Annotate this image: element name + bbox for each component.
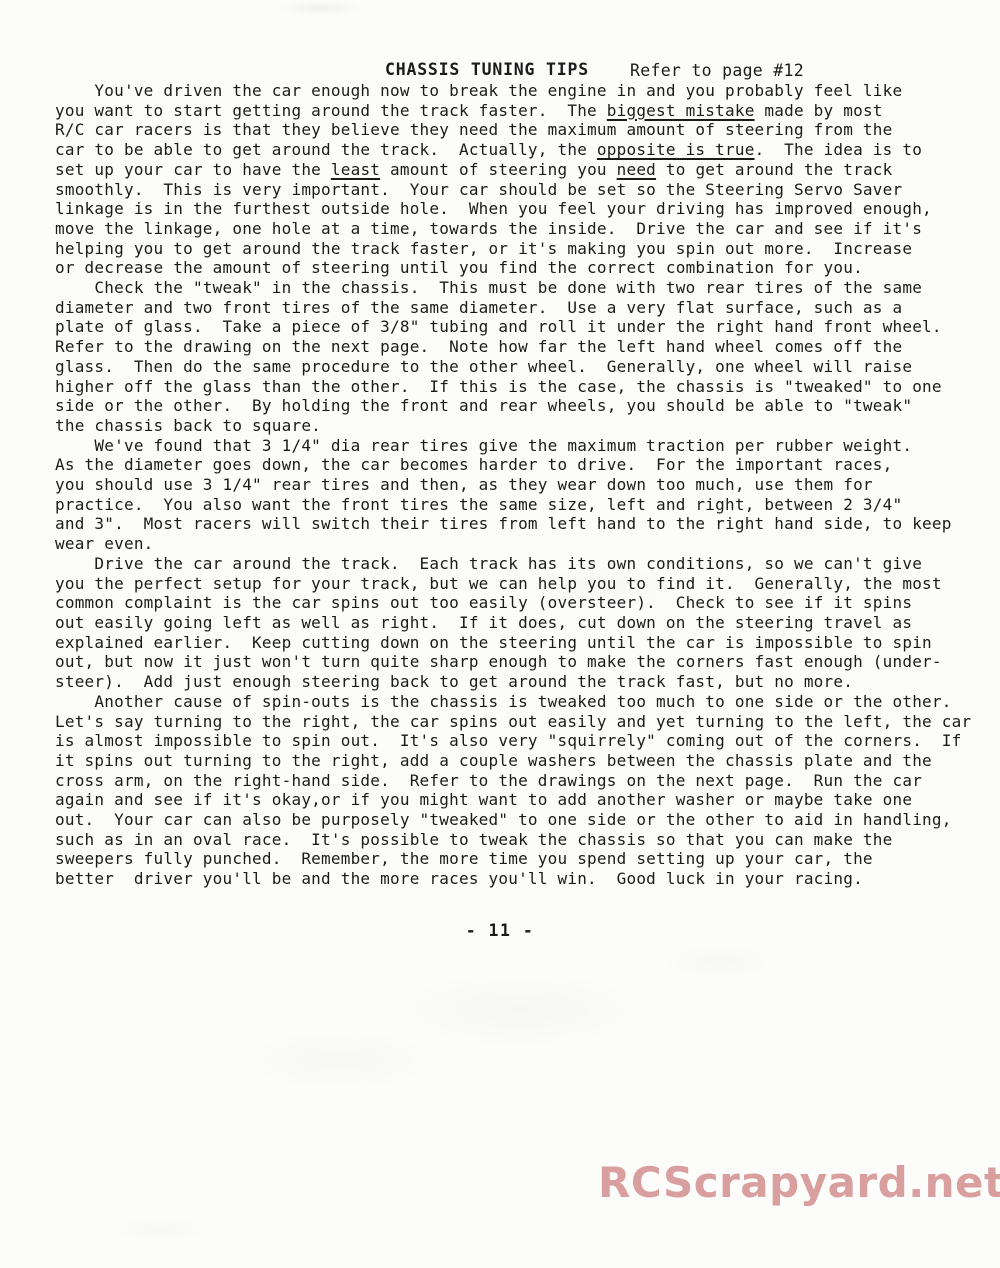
text-segment: glass. Then do the same procedure to the… — [55, 357, 912, 376]
text-line: out easily going left as well as right. … — [55, 613, 985, 633]
text-segment: side or the other. By holding the front … — [55, 396, 912, 415]
text-segment: common complaint is the car spins out to… — [55, 593, 912, 612]
text-segment: it spins out turning to the right, add a… — [55, 751, 932, 770]
text-line: you the perfect setup for your track, bu… — [55, 574, 985, 594]
text-segment: and 3". Most racers will switch their ti… — [55, 514, 952, 533]
text-segment: Another cause of spin-outs is the chassi… — [55, 692, 952, 711]
text-segment: linkage is in the furthest outside hole.… — [55, 199, 932, 218]
text-segment: smoothly. This is very important. Your c… — [55, 180, 902, 199]
text-line: it spins out turning to the right, add a… — [55, 751, 985, 771]
text-segment: you should use 3 1/4" rear tires and the… — [55, 475, 873, 494]
text-segment: out. Your car can also be purposely "twe… — [55, 810, 952, 829]
page-reference-note: Refer to page #12 — [630, 61, 804, 80]
text-line: the chassis back to square. — [55, 416, 985, 436]
watermark: RCScrapyard.net — [598, 1158, 998, 1207]
text-line: plate of glass. Take a piece of 3/8" tub… — [55, 317, 985, 337]
text-line: out, but now it just won't turn quite sh… — [55, 652, 985, 672]
text-segment: We've found that 3 1/4" dia rear tires g… — [55, 436, 912, 455]
text-segment: Refer to the drawing on the next page. N… — [55, 337, 902, 356]
text-segment: Let's say turning to the right, the car … — [55, 712, 971, 731]
text-segment: or decrease the amount of steering until… — [55, 258, 863, 277]
text-line: you want to start getting around the tra… — [55, 101, 985, 121]
underlined-text: least — [331, 160, 380, 179]
text-line: set up your car to have the least amount… — [55, 160, 985, 180]
text-segment: cross arm, on the right-hand side. Refer… — [55, 771, 922, 790]
text-line: You've driven the car enough now to brea… — [55, 81, 985, 101]
paragraph: Check the "tweak" in the chassis. This m… — [55, 278, 985, 436]
text-line: and 3". Most racers will switch their ti… — [55, 514, 985, 534]
text-line: is almost impossible to spin out. It's a… — [55, 731, 985, 751]
text-segment: You've driven the car enough now to brea… — [55, 81, 902, 100]
text-line: steer). Add just enough steering back to… — [55, 672, 985, 692]
text-segment: set up your car to have the — [55, 160, 331, 179]
text-segment: diameter and two front tires of the same… — [55, 298, 902, 317]
page-title: CHASSIS TUNING TIPS — [385, 60, 589, 79]
text-segment: helping you to get around the track fast… — [55, 239, 912, 258]
text-line: again and see if it's okay,or if you mig… — [55, 790, 985, 810]
text-segment: out easily going left as well as right. … — [55, 613, 912, 632]
text-segment: car to be able to get around the track. … — [55, 140, 597, 159]
text-line: helping you to get around the track fast… — [55, 239, 985, 259]
text-line: cross arm, on the right-hand side. Refer… — [55, 771, 985, 791]
text-line: As the diameter goes down, the car becom… — [55, 455, 985, 475]
text-line: smoothly. This is very important. Your c… — [55, 180, 985, 200]
text-line: sweepers fully punched. Remember, the mo… — [55, 849, 985, 869]
text-line: glass. Then do the same procedure to the… — [55, 357, 985, 377]
text-segment: higher off the glass than the other. If … — [55, 377, 942, 396]
text-segment: . The idea is to — [755, 140, 923, 159]
text-line: you should use 3 1/4" rear tires and the… — [55, 475, 985, 495]
text-line: Another cause of spin-outs is the chassi… — [55, 692, 985, 712]
text-segment: made by most — [755, 101, 883, 120]
text-segment: you the perfect setup for your track, bu… — [55, 574, 942, 593]
document-body: You've driven the car enough now to brea… — [55, 81, 985, 889]
text-segment: Drive the car around the track. Each tra… — [55, 554, 922, 573]
text-segment: you want to start getting around the tra… — [55, 101, 607, 120]
underlined-text: need — [617, 160, 656, 179]
text-line: linkage is in the furthest outside hole.… — [55, 199, 985, 219]
underlined-text: opposite is true — [597, 140, 755, 159]
text-segment: better driver you'll be and the more rac… — [55, 869, 863, 888]
text-line: diameter and two front tires of the same… — [55, 298, 985, 318]
text-line: Let's say turning to the right, the car … — [55, 712, 985, 732]
text-line: Refer to the drawing on the next page. N… — [55, 337, 985, 357]
text-segment: again and see if it's okay,or if you mig… — [55, 790, 912, 809]
text-line: car to be able to get around the track. … — [55, 140, 985, 160]
scanned-page: CHASSIS TUNING TIPS Refer to page #12 Yo… — [0, 0, 1000, 1268]
text-segment: sweepers fully punched. Remember, the mo… — [55, 849, 873, 868]
text-segment: is almost impossible to spin out. It's a… — [55, 731, 961, 750]
text-line: common complaint is the car spins out to… — [55, 593, 985, 613]
paragraph: Drive the car around the track. Each tra… — [55, 554, 985, 692]
paragraph: Another cause of spin-outs is the chassi… — [55, 692, 985, 889]
text-line: Drive the car around the track. Each tra… — [55, 554, 985, 574]
text-line: higher off the glass than the other. If … — [55, 377, 985, 397]
text-segment: Check the "tweak" in the chassis. This m… — [55, 278, 922, 297]
text-line: or decrease the amount of steering until… — [55, 258, 985, 278]
text-segment: wear even. — [55, 534, 154, 553]
text-line: We've found that 3 1/4" dia rear tires g… — [55, 436, 985, 456]
text-segment: out, but now it just won't turn quite sh… — [55, 652, 942, 671]
text-line: practice. You also want the front tires … — [55, 495, 985, 515]
text-line: Check the "tweak" in the chassis. This m… — [55, 278, 985, 298]
text-line: better driver you'll be and the more rac… — [55, 869, 985, 889]
text-segment: to get around the track — [656, 160, 892, 179]
text-segment: explained earlier. Keep cutting down on … — [55, 633, 932, 652]
text-segment: such as in an oval race. It's possible t… — [55, 830, 893, 849]
text-line: wear even. — [55, 534, 985, 554]
page-number: - 11 - — [0, 921, 1000, 940]
text-segment: practice. You also want the front tires … — [55, 495, 902, 514]
text-segment: the chassis back to square. — [55, 416, 321, 435]
text-segment: R/C car racers is that they believe they… — [55, 120, 893, 139]
paragraph: We've found that 3 1/4" dia rear tires g… — [55, 436, 985, 554]
text-line: move the linkage, one hole at a time, to… — [55, 219, 985, 239]
text-line: explained earlier. Keep cutting down on … — [55, 633, 985, 653]
text-line: R/C car racers is that they believe they… — [55, 120, 985, 140]
paragraph: You've driven the car enough now to brea… — [55, 81, 985, 278]
text-line: such as in an oval race. It's possible t… — [55, 830, 985, 850]
text-segment: amount of steering you — [380, 160, 616, 179]
underlined-text: biggest mistake — [607, 101, 755, 120]
text-segment: move the linkage, one hole at a time, to… — [55, 219, 922, 238]
text-line: out. Your car can also be purposely "twe… — [55, 810, 985, 830]
text-segment: steer). Add just enough steering back to… — [55, 672, 853, 691]
text-segment: plate of glass. Take a piece of 3/8" tub… — [55, 317, 942, 336]
text-segment: As the diameter goes down, the car becom… — [55, 455, 893, 474]
text-line: side or the other. By holding the front … — [55, 396, 985, 416]
